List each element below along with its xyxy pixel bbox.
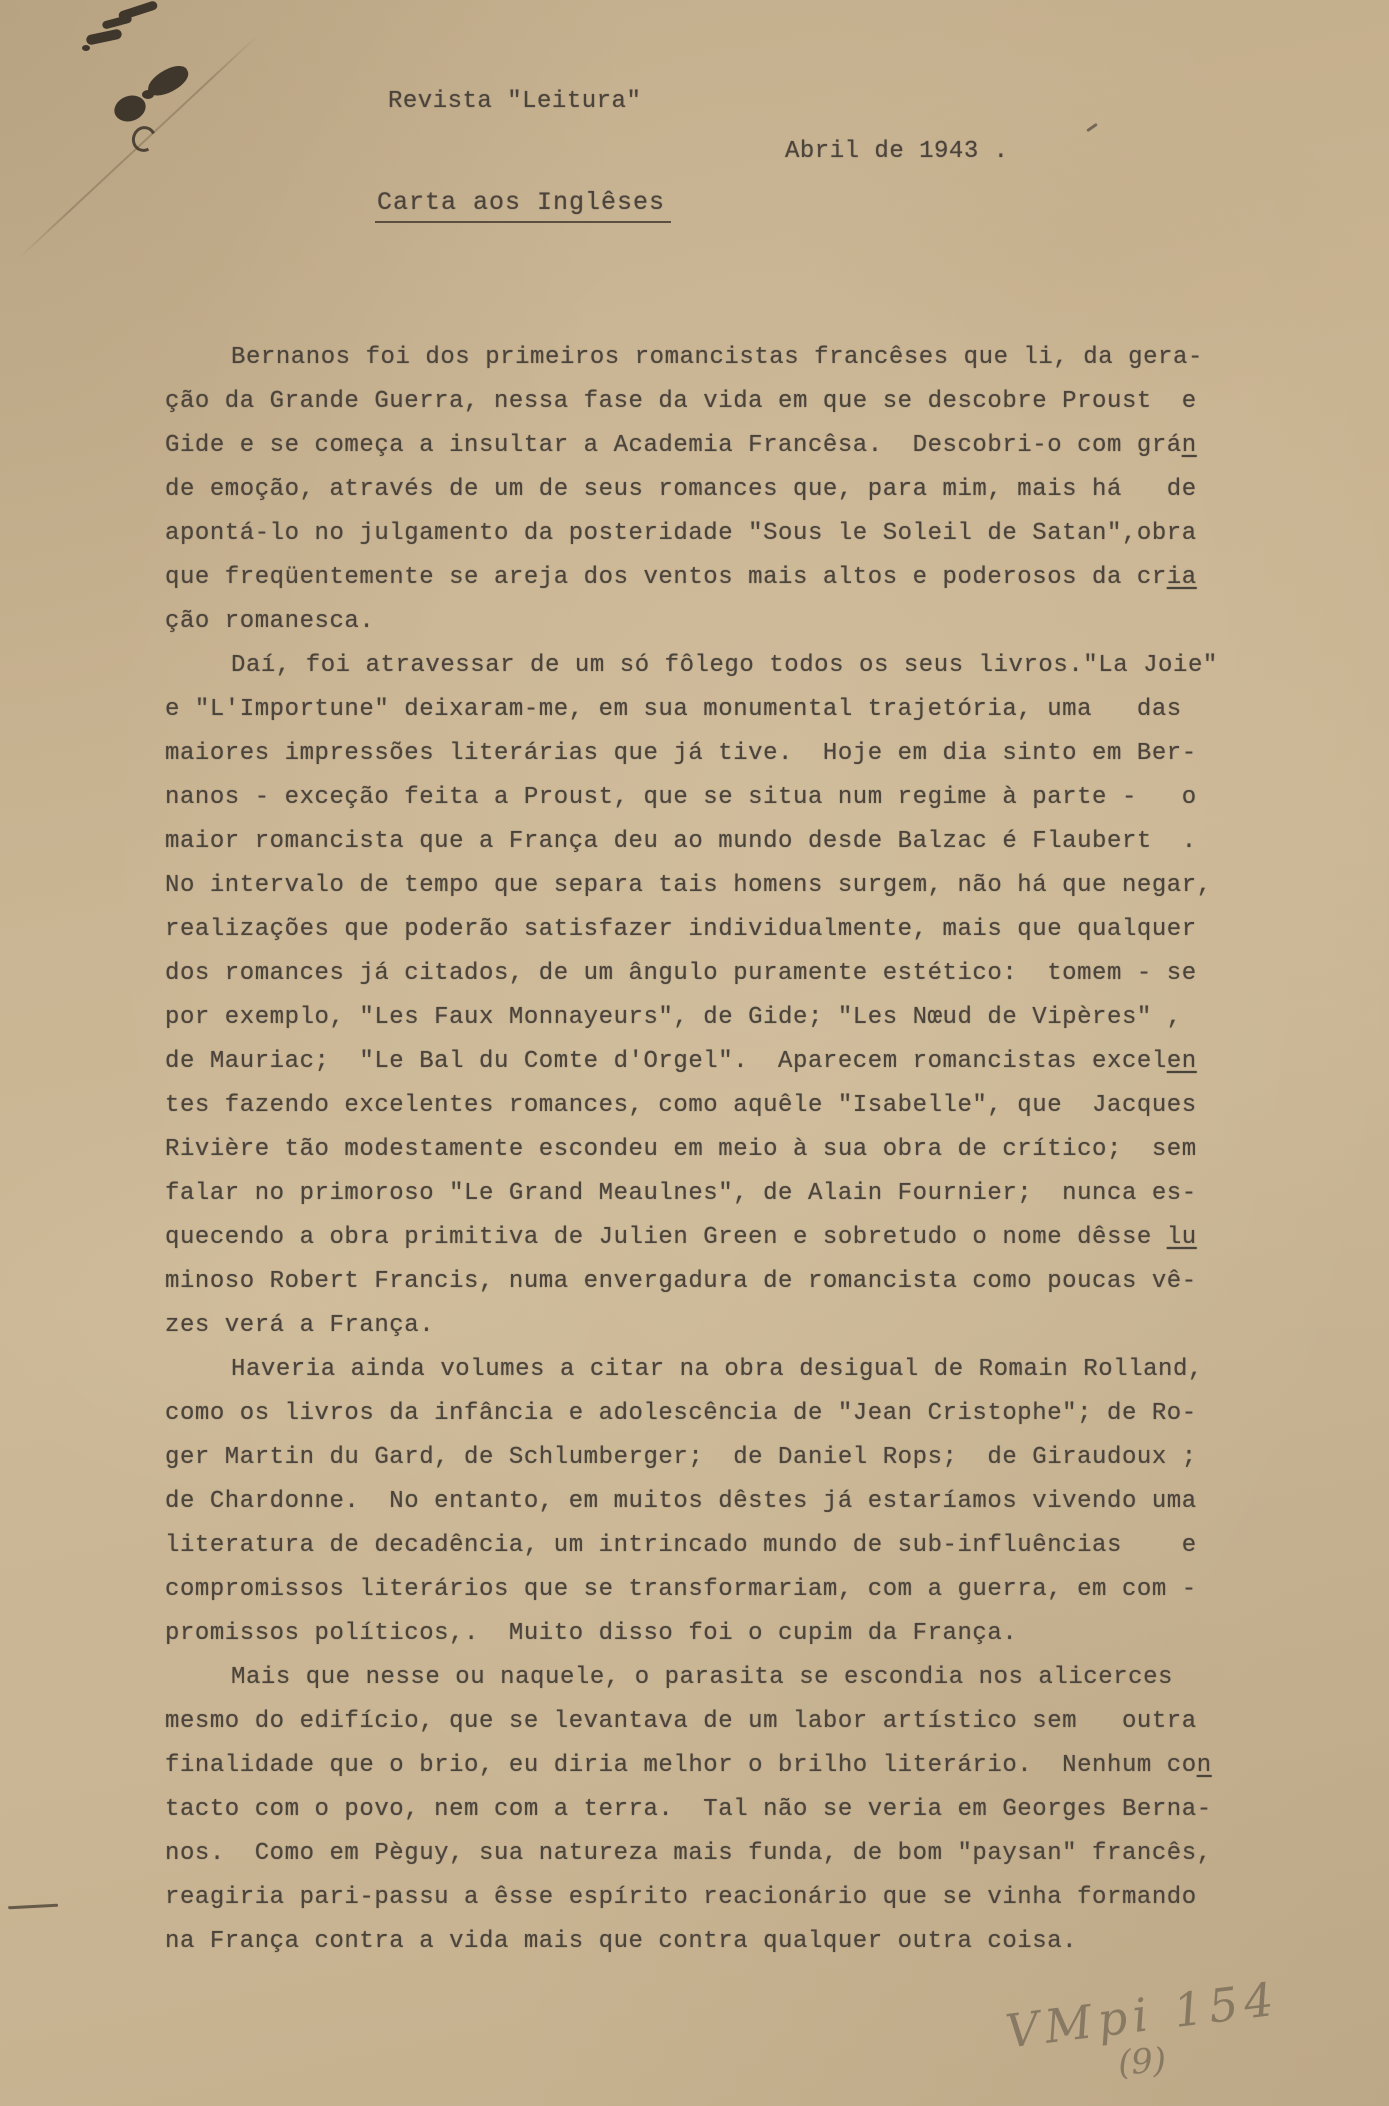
underlined-continuation: ia (1167, 564, 1197, 591)
text-line: apontá-lo no julgamento da posteridade "… (165, 512, 1265, 556)
text-line: Daí, foi atravessar de um só fôlego todo… (165, 644, 1265, 688)
paragraph-3: Haveria ainda volumes a citar na obra de… (165, 1348, 1265, 1656)
text-line: zes verá a França. (165, 1304, 1265, 1348)
underlined-continuation: n (1182, 432, 1197, 459)
text-line: Rivière tão modestamente escondeu em mei… (165, 1128, 1265, 1172)
publication-name: Revista "Leitura" (388, 88, 641, 115)
ink-smudge (118, 0, 159, 21)
ink-blot (142, 90, 154, 99)
text-line: ção da Grande Guerra, nessa fase da vida… (165, 380, 1265, 424)
text-line: No intervalo de tempo que separa tais ho… (165, 864, 1265, 908)
text-line: Gide e se começa a insultar a Academia F… (165, 424, 1265, 468)
text-line: por exemplo, "Les Faux Monnayeurs", de G… (165, 996, 1265, 1040)
text-line: literatura de decadência, um intrincado … (165, 1524, 1265, 1568)
underlined-continuation: lu (1167, 1224, 1197, 1251)
text-line: falar no primoroso "Le Grand Meaulnes", … (165, 1172, 1265, 1216)
text-line: como os livros da infância e adolescênci… (165, 1392, 1265, 1436)
text-line: reagiria pari-passu a êsse espírito reac… (165, 1876, 1265, 1920)
paragraph-1: Bernanos foi dos primeiros romancistas f… (165, 336, 1265, 644)
date-line: Abril de 1943 . (785, 138, 1009, 165)
text-segment: quecendo a obra primitiva de Julien Gree… (165, 1224, 1167, 1251)
text-line: tes fazendo excelentes romances, como aq… (165, 1084, 1265, 1128)
paragraph-4: Mais que nesse ou naquele, o parasita se… (165, 1656, 1265, 1964)
text-segment: que freqüentemente se areja dos ventos m… (165, 564, 1167, 591)
text-line: maior romancista que a França deu ao mun… (165, 820, 1265, 864)
ink-smudge (82, 45, 90, 51)
paragraph-2: Daí, foi atravessar de um só fôlego todo… (165, 644, 1265, 1348)
text-line: Mais que nesse ou naquele, o parasita se… (165, 1656, 1265, 1700)
text-line: promissos políticos,. Muito disso foi o … (165, 1612, 1265, 1656)
text-line: minoso Robert Francis, numa envergadura … (165, 1260, 1265, 1304)
text-line: nanos - exceção feita a Proust, que se s… (165, 776, 1265, 820)
pencil-stroke (8, 1904, 58, 1909)
text-line: compromissos literários que se transform… (165, 1568, 1265, 1612)
ink-blot (143, 61, 192, 101)
text-line: de Mauriac; "Le Bal du Comte d'Orgel". A… (165, 1040, 1265, 1084)
text-line: nos. Como em Pèguy, sua natureza mais fu… (165, 1832, 1265, 1876)
text-line: tacto com o povo, nem com a terra. Tal n… (165, 1788, 1265, 1832)
text-segment: Gide e se começa a insultar a Academia F… (165, 432, 1182, 459)
underlined-continuation: en (1167, 1048, 1197, 1075)
scanned-typewritten-page: { "page": { "publication": "Revista \"Le… (0, 0, 1389, 2106)
text-line: de Chardonne. No entanto, em muitos dêst… (165, 1480, 1265, 1524)
text-line: dos romances já citados, de um ângulo pu… (165, 952, 1265, 996)
text-line: ção romanesca. (165, 600, 1265, 644)
document-title: Carta aos Inglêses (375, 188, 671, 223)
ink-blot (111, 91, 150, 125)
text-line: finalidade que o brio, eu diria melhor o… (165, 1744, 1265, 1788)
handwritten-page-number: (9) (1117, 2040, 1168, 2083)
text-line: de emoção, através de um de seus romance… (165, 468, 1265, 512)
text-line: quecendo a obra primitiva de Julien Gree… (165, 1216, 1265, 1260)
text-segment: finalidade que o brio, eu diria melhor o… (165, 1752, 1197, 1779)
underlined-continuation: n (1197, 1752, 1212, 1779)
document-body: Bernanos foi dos primeiros romancistas f… (165, 336, 1265, 1964)
text-segment: de Mauriac; "Le Bal du Comte d'Orgel". A… (165, 1048, 1167, 1075)
fold-crease (17, 33, 260, 260)
pencil-tick (1086, 123, 1098, 132)
text-line: maiores impressões literárias que já tiv… (165, 732, 1265, 776)
text-line: que freqüentemente se areja dos ventos m… (165, 556, 1265, 600)
text-line: Bernanos foi dos primeiros romancistas f… (165, 336, 1265, 380)
text-line: Haveria ainda volumes a citar na obra de… (165, 1348, 1265, 1392)
text-line: e "L'Importune" deixaram-me, em sua monu… (165, 688, 1265, 732)
ink-smudge (85, 28, 122, 45)
ink-smudge (101, 14, 132, 29)
text-line: na França contra a vida mais que contra … (165, 1920, 1265, 1964)
text-line: realizações que poderão satisfazer indiv… (165, 908, 1265, 952)
text-line: mesmo do edifício, que se levantava de u… (165, 1700, 1265, 1744)
text-line: ger Martin du Gard, de Schlumberger; de … (165, 1436, 1265, 1480)
